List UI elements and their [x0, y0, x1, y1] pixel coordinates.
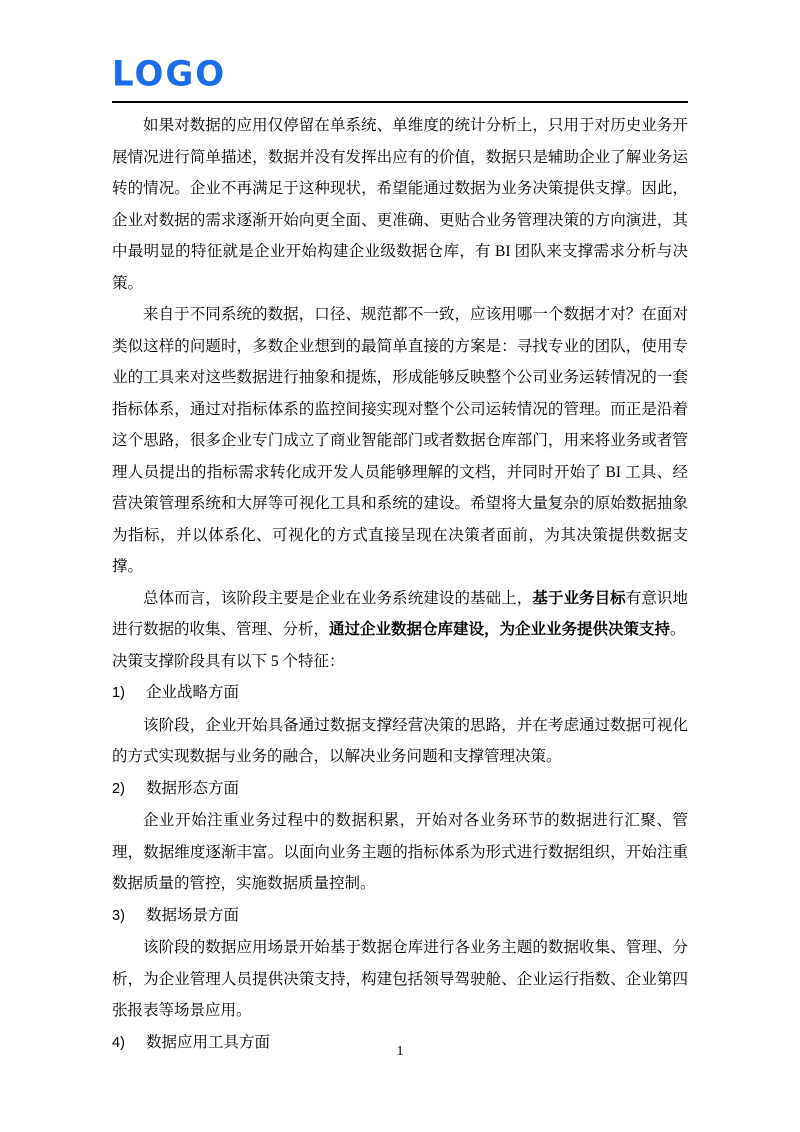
feature-item-3: 3)数据场景方面 该阶段的数据应用场景开始基于数据仓库进行各业务主题的数据收集、…: [112, 900, 688, 1027]
paragraph-2: 来自于不同系统的数据，口径、规范都不一致，应该用哪一个数据才对？在面对类似这样的…: [112, 299, 688, 583]
feature-2-title: 数据形态方面: [146, 780, 239, 797]
summary-run-3: 。: [670, 621, 686, 638]
features-intro: 决策支撑阶段具有以下 5 个特征：: [112, 646, 688, 678]
document-page: LOGO 如果对数据的应用仅停留在单系统、单维度的统计分析上，只用于对历史业务开…: [0, 0, 800, 1132]
feature-3-title: 数据场景方面: [146, 907, 239, 924]
document-body: 如果对数据的应用仅停留在单系统、单维度的统计分析上，只用于对历史业务开展情况进行…: [112, 110, 688, 1059]
page-number: 1: [0, 1044, 800, 1060]
company-logo: LOGO: [112, 56, 688, 93]
feature-3-body: 该阶段的数据应用场景开始基于数据仓库进行各业务主题的数据收集、管理、分析，为企业…: [112, 932, 688, 1027]
summary-run-1: 总体而言，该阶段主要是企业在业务系统建设的基础上，: [143, 590, 532, 607]
feature-3-heading: 3)数据场景方面: [112, 900, 688, 933]
feature-item-2: 2)数据形态方面 企业开始注重业务过程中的数据积累，开始对各业务环节的数据进行汇…: [112, 773, 688, 900]
feature-item-1: 1)企业战略方面 该阶段，企业开始具备通过数据支撑经营决策的思路，并在考虑通过数…: [112, 677, 688, 773]
header-rule: [112, 101, 688, 103]
feature-1-body: 该阶段，企业开始具备通过数据支撑经营决策的思路，并在考虑通过数据可视化的方式实现…: [112, 710, 688, 773]
feature-3-number: 3): [112, 901, 146, 933]
paragraph-1: 如果对数据的应用仅停留在单系统、单维度的统计分析上，只用于对历史业务开展情况进行…: [112, 110, 688, 299]
feature-1-title: 企业战略方面: [146, 684, 239, 701]
summary-paragraph: 总体而言，该阶段主要是企业在业务系统建设的基础上，基于业务目标有意识地进行数据的…: [112, 583, 688, 646]
summary-bold-1: 基于业务目标: [532, 590, 625, 607]
feature-2-number: 2): [112, 774, 146, 806]
feature-2-heading: 2)数据形态方面: [112, 773, 688, 806]
feature-1-heading: 1)企业战略方面: [112, 677, 688, 710]
feature-2-body: 企业开始注重业务过程中的数据积累，开始对各业务环节的数据进行汇聚、管理，数据维度…: [112, 805, 688, 900]
summary-bold-2: 通过企业数据仓库建设，为企业业务提供决策支持: [329, 621, 670, 638]
feature-1-number: 1): [112, 678, 146, 710]
